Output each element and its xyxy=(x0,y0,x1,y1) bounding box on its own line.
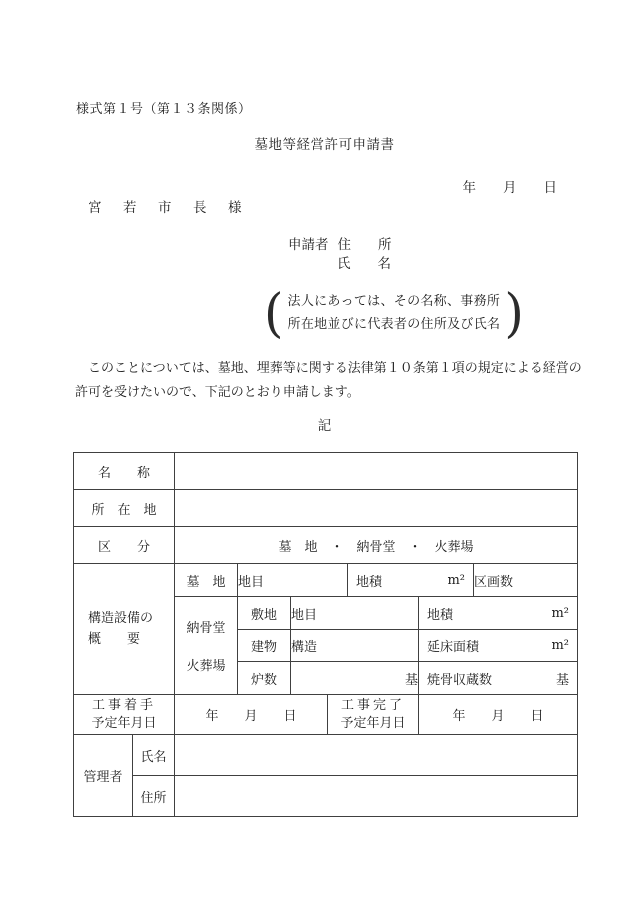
site-area-cell: 地積 m² xyxy=(419,597,578,630)
corporate-note: ( 法人にあっては、その名称、事務所 所在地並びに代表者の住所及び氏名 ) xyxy=(264,288,524,338)
applicant-block: 申請者住 所 氏 名 xyxy=(288,236,392,274)
table-row-manager-address: 住所 xyxy=(74,776,578,817)
applicant-row-name: 氏 名 xyxy=(337,255,392,274)
floor-area-label: 延床面積 xyxy=(427,636,479,655)
location-label-cell: 所 在 地 xyxy=(74,490,175,527)
furnace-count-cell: 基 xyxy=(291,662,419,695)
manager-name-value-cell xyxy=(175,735,578,776)
facility-group-cell: 納骨堂 火葬場 xyxy=(175,597,238,695)
manager-address-value-cell xyxy=(175,776,578,817)
application-form-page: 様式第１号（第１３条関係） 墓地等経営許可申請書 年 月 日 宮 若 市 長 様… xyxy=(0,0,630,903)
table-row-category: 区 分 墓 地 ・ 納骨堂 ・ 火葬場 xyxy=(74,527,578,564)
construction-start-label-cell: 工事着手 予定年月日 xyxy=(74,695,175,735)
body-text: このことについては、墓地、埋葬等に関する法律第１０条第１項の規定による経営の許可… xyxy=(75,357,587,404)
name-value-cell xyxy=(175,453,578,490)
construction-end-date-cell: 年 月 日 xyxy=(419,695,578,735)
table-row-manager-name: 管理者 氏名 xyxy=(74,735,578,776)
applicant-row-address: 申請者住 所 xyxy=(288,236,392,255)
construction-end-label-cell: 工事完了 予定年月日 xyxy=(328,695,419,735)
structure-section-label-cell: 構造設備の 概 要 xyxy=(74,564,175,695)
table-row-cemetery: 構造設備の 概 要 墓 地 地目 地積 m² 区画数 xyxy=(74,564,578,597)
form-number: 様式第１号（第１３条関係） xyxy=(76,98,252,117)
table-row-construction: 工事着手 予定年月日 年 月 日 工事完了 予定年月日 年 月 日 xyxy=(74,695,578,735)
structure-label-line2: 概 要 xyxy=(88,629,174,650)
furnace-label-cell: 炉数 xyxy=(238,662,291,695)
document-title: 墓地等経営許可申請書 xyxy=(73,133,576,153)
category-label-cell: 区 分 xyxy=(74,527,175,564)
floor-area-unit: m² xyxy=(551,638,569,653)
construction-start-line1: 工事着手 xyxy=(74,697,174,715)
table-row-location: 所 在 地 xyxy=(74,490,578,527)
applicant-label: 申請者 xyxy=(288,237,329,253)
manager-label-cell: 管理者 xyxy=(74,735,133,817)
cemetery-land-category-cell: 地目 xyxy=(238,564,348,597)
open-paren: ( xyxy=(264,287,284,340)
corporate-note-line2: 所在地並びに代表者の住所及び氏名 xyxy=(288,313,501,336)
cemetery-area-cell: 地積 m² xyxy=(348,564,474,597)
site-area-label: 地積 xyxy=(427,604,453,623)
building-structure-cell: 構造 xyxy=(291,630,419,662)
table-row-name: 名 称 xyxy=(74,453,578,490)
construction-start-date-cell: 年 月 日 xyxy=(175,695,328,735)
addressee: 宮 若 市 長 様 xyxy=(88,196,246,216)
manager-address-label-cell: 住所 xyxy=(133,776,175,817)
corporate-note-line1: 法人にあっては、その名称、事務所 xyxy=(288,290,501,313)
construction-end-line2: 予定年月日 xyxy=(328,715,418,733)
record-marker: 記 xyxy=(73,414,576,434)
date-line: 年 月 日 xyxy=(463,176,558,196)
site-label-cell: 敷地 xyxy=(238,597,291,630)
charnel-house-label: 納骨堂 xyxy=(187,617,226,636)
category-options-cell: 墓 地 ・ 納骨堂 ・ 火葬場 xyxy=(175,527,578,564)
applicant-address-label: 住 所 xyxy=(338,237,392,253)
name-label-cell: 名 称 xyxy=(74,453,175,490)
storage-cell: 焼骨収蔵数 基 xyxy=(419,662,578,695)
crematory-label: 火葬場 xyxy=(187,655,226,674)
manager-name-label-cell: 氏名 xyxy=(133,735,175,776)
cemetery-label-cell: 墓 地 xyxy=(175,564,238,597)
applicant-name-label: 氏 名 xyxy=(337,256,391,272)
storage-unit: 基 xyxy=(556,669,569,688)
structure-label-line1: 構造設備の xyxy=(88,608,174,629)
cemetery-area-unit: m² xyxy=(447,573,465,588)
cemetery-lots-cell: 区画数 xyxy=(474,564,578,597)
site-land-category-cell: 地目 xyxy=(291,597,419,630)
cemetery-area-label: 地積 xyxy=(356,571,382,590)
corporate-note-lines: 法人にあっては、その名称、事務所 所在地並びに代表者の住所及び氏名 xyxy=(288,290,501,336)
building-label-cell: 建物 xyxy=(238,630,291,662)
application-table: 名 称 所 在 地 区 分 墓 地 ・ 納骨堂 ・ 火葬場 構造設備の 概 要 … xyxy=(73,452,578,817)
construction-start-line2: 予定年月日 xyxy=(74,715,174,733)
site-area-unit: m² xyxy=(551,606,569,621)
building-floor-area-cell: 延床面積 m² xyxy=(419,630,578,662)
construction-end-line1: 工事完了 xyxy=(328,697,418,715)
close-paren: ) xyxy=(504,287,524,340)
location-value-cell xyxy=(175,490,578,527)
storage-label: 焼骨収蔵数 xyxy=(427,669,492,688)
